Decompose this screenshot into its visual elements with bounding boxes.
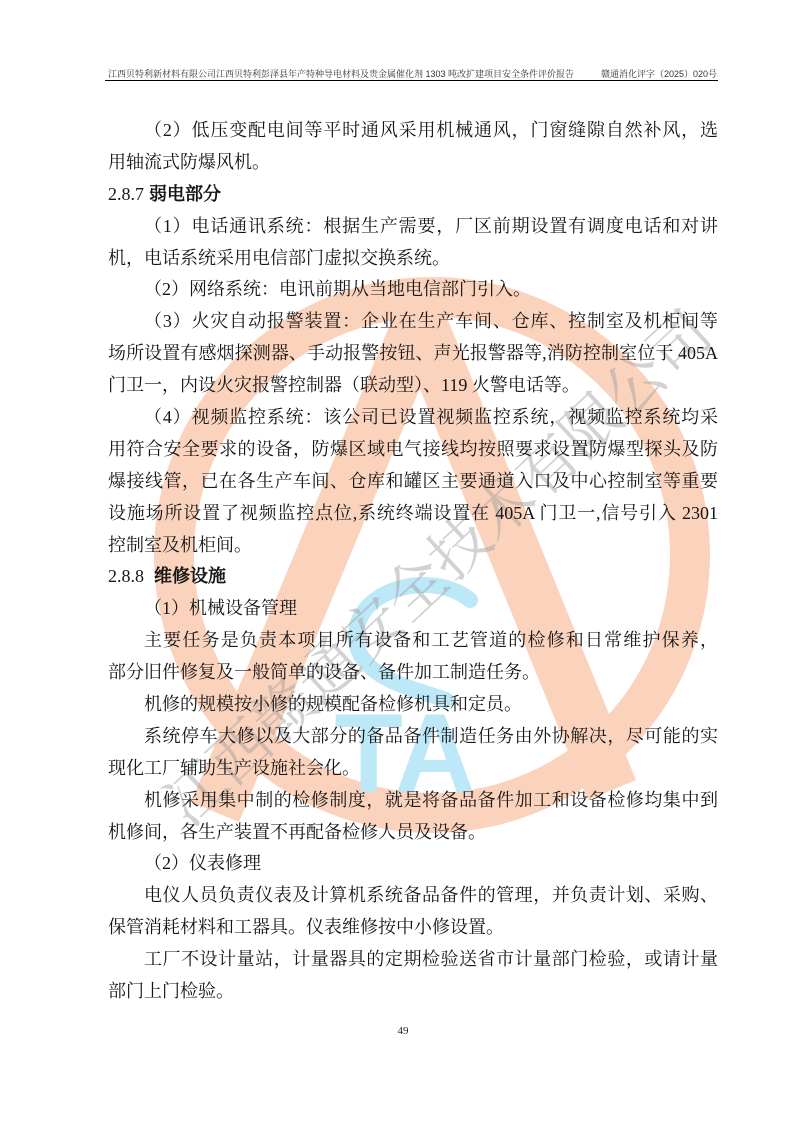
paragraph-repair-scale: 机修的规模按小修的规模配备检修机具和定员。 bbox=[108, 689, 718, 721]
paragraph-line: 保管消耗材料和工器具。仪表维修按中小修设置。 bbox=[108, 912, 718, 944]
paragraph-line: 工厂不设计量站，计量器具的定期检验送省市计量部门检验，或请计量 bbox=[108, 944, 718, 976]
paragraph-line: 控制室及机柜间。 bbox=[108, 530, 718, 562]
paragraph-line: （1）电话通讯系统：根据生产需要，厂区前期设置有调度电话和对讲 bbox=[108, 211, 718, 243]
paragraph-ventilation: （2）低压变配电间等平时通风采用机械通风，门窗缝隙自然补风，选 用轴流式防爆风机… bbox=[108, 115, 718, 179]
section-number: 2.8.7 bbox=[108, 184, 144, 204]
paragraph-line: 用轴流式防爆风机。 bbox=[108, 147, 718, 179]
paragraph-line: 系统停车大修以及大部分的备品备件制造任务由外协解决，尽可能的实 bbox=[108, 721, 718, 753]
paragraph-line: 设施场所设置了视频监控点位,系统终端设置在 405A 门卫一,信号引入 2301 bbox=[108, 498, 718, 530]
paragraph-main-tasks: 主要任务是负责本项目所有设备和工艺管道的检修和日常维护保养， 部分旧件修复及一般… bbox=[108, 625, 718, 689]
page-header: 江西贝特利新材料有限公司江西贝特利彭泽县年产特种导电材料及贵金属催化剂 1303… bbox=[105, 66, 718, 81]
paragraph-line: （2）网络系统：电讯前期从当地电信部门引入。 bbox=[108, 274, 718, 306]
subheading-mechanical-equipment: （1）机械设备管理 bbox=[108, 593, 718, 625]
paragraph-line: （2）仪表修理 bbox=[108, 848, 718, 880]
paragraph-line: 现化工厂辅助生产设施社会化。 bbox=[108, 753, 718, 785]
paragraph-overhaul: 系统停车大修以及大部分的备品备件制造任务由外协解决，尽可能的实 现化工厂辅助生产… bbox=[108, 721, 718, 785]
section-number: 2.8.8 bbox=[108, 566, 144, 586]
paragraph-line: 机修间，各生产装置不再配备检修人员及设备。 bbox=[108, 817, 718, 849]
paragraph-line: 部门上门检验。 bbox=[108, 976, 718, 1008]
paragraph-line: 爆接线管，已在各生产车间、仓库和罐区主要通道入口及中心控制室等重要 bbox=[108, 466, 718, 498]
paragraph-fire-alarm: （3）火灾自动报警装置：企业在生产车间、仓库、控制室及机柜间等 场所设置有感烟探… bbox=[108, 306, 718, 402]
paragraph-line: 机修的规模按小修的规模配备检修机具和定员。 bbox=[108, 689, 718, 721]
paragraph-line: （4）视频监控系统：该公司已设置视频监控系统，视频监控系统均采 bbox=[108, 402, 718, 434]
paragraph-telephone-system: （1）电话通讯系统：根据生产需要，厂区前期设置有调度电话和对讲 机，电话系统采用… bbox=[108, 211, 718, 275]
header-document-number: 赣通消化评字（2025）020号 bbox=[601, 68, 718, 80]
paragraph-line: 门卫一，内设火灾报警控制器（联动型）、119 火警电话等。 bbox=[108, 370, 718, 402]
section-heading-2-8-7: 2.8.7弱电部分 bbox=[108, 179, 718, 211]
section-title: 维修设施 bbox=[154, 566, 226, 586]
paragraph-instrument-staff: 电仪人员负责仪表及计算机系统备品备件的管理，并负责计划、采购、 保管消耗材料和工… bbox=[108, 880, 718, 944]
paragraph-line: （3）火灾自动报警装置：企业在生产车间、仓库、控制室及机柜间等 bbox=[108, 306, 718, 338]
paragraph-line: 主要任务是负责本项目所有设备和工艺管道的检修和日常维护保养， bbox=[108, 625, 718, 657]
header-report-title: 江西贝特利新材料有限公司江西贝特利彭泽县年产特种导电材料及贵金属催化剂 1303… bbox=[105, 68, 574, 80]
section-heading-2-8-8: 2.8.8维修设施 bbox=[108, 561, 718, 593]
subheading-instrument-repair: （2）仪表修理 bbox=[108, 848, 718, 880]
paragraph-line: （1）机械设备管理 bbox=[108, 593, 718, 625]
paragraph-video-surveillance: （4）视频监控系统：该公司已设置视频监控系统，视频监控系统均采 用符合安全要求的… bbox=[108, 402, 718, 561]
paragraph-line: 机，电话系统采用电信部门虚拟交换系统。 bbox=[108, 243, 718, 275]
paragraph-line: 部分旧件修复及一般简单的设备、备件加工制造任务。 bbox=[108, 657, 718, 689]
paragraph-line: 机修采用集中制的检修制度，就是将备品备件加工和设备检修均集中到 bbox=[108, 785, 718, 817]
paragraph-centralized-repair: 机修采用集中制的检修制度，就是将备品备件加工和设备检修均集中到 机修间，各生产装… bbox=[108, 785, 718, 849]
paragraph-metering: 工厂不设计量站，计量器具的定期检验送省市计量部门检验，或请计量 部门上门检验。 bbox=[108, 944, 718, 1008]
section-title: 弱电部分 bbox=[149, 184, 221, 204]
document-body: （2）低压变配电间等平时通风采用机械通风，门窗缝隙自然补风，选 用轴流式防爆风机… bbox=[108, 115, 718, 1008]
paragraph-network-system: （2）网络系统：电讯前期从当地电信部门引入。 bbox=[108, 274, 718, 306]
paragraph-line: 场所设置有感烟探测器、手动报警按钮、声光报警器等,消防控制室位于 405A bbox=[108, 338, 718, 370]
page-number: 49 bbox=[0, 1025, 793, 1037]
paragraph-line: 电仪人员负责仪表及计算机系统备品备件的管理，并负责计划、采购、 bbox=[108, 880, 718, 912]
paragraph-line: 用符合安全要求的设备，防爆区域电气接线均按照要求设置防爆型探头及防 bbox=[108, 434, 718, 466]
paragraph-line: （2）低压变配电间等平时通风采用机械通风，门窗缝隙自然补风，选 bbox=[108, 115, 718, 147]
